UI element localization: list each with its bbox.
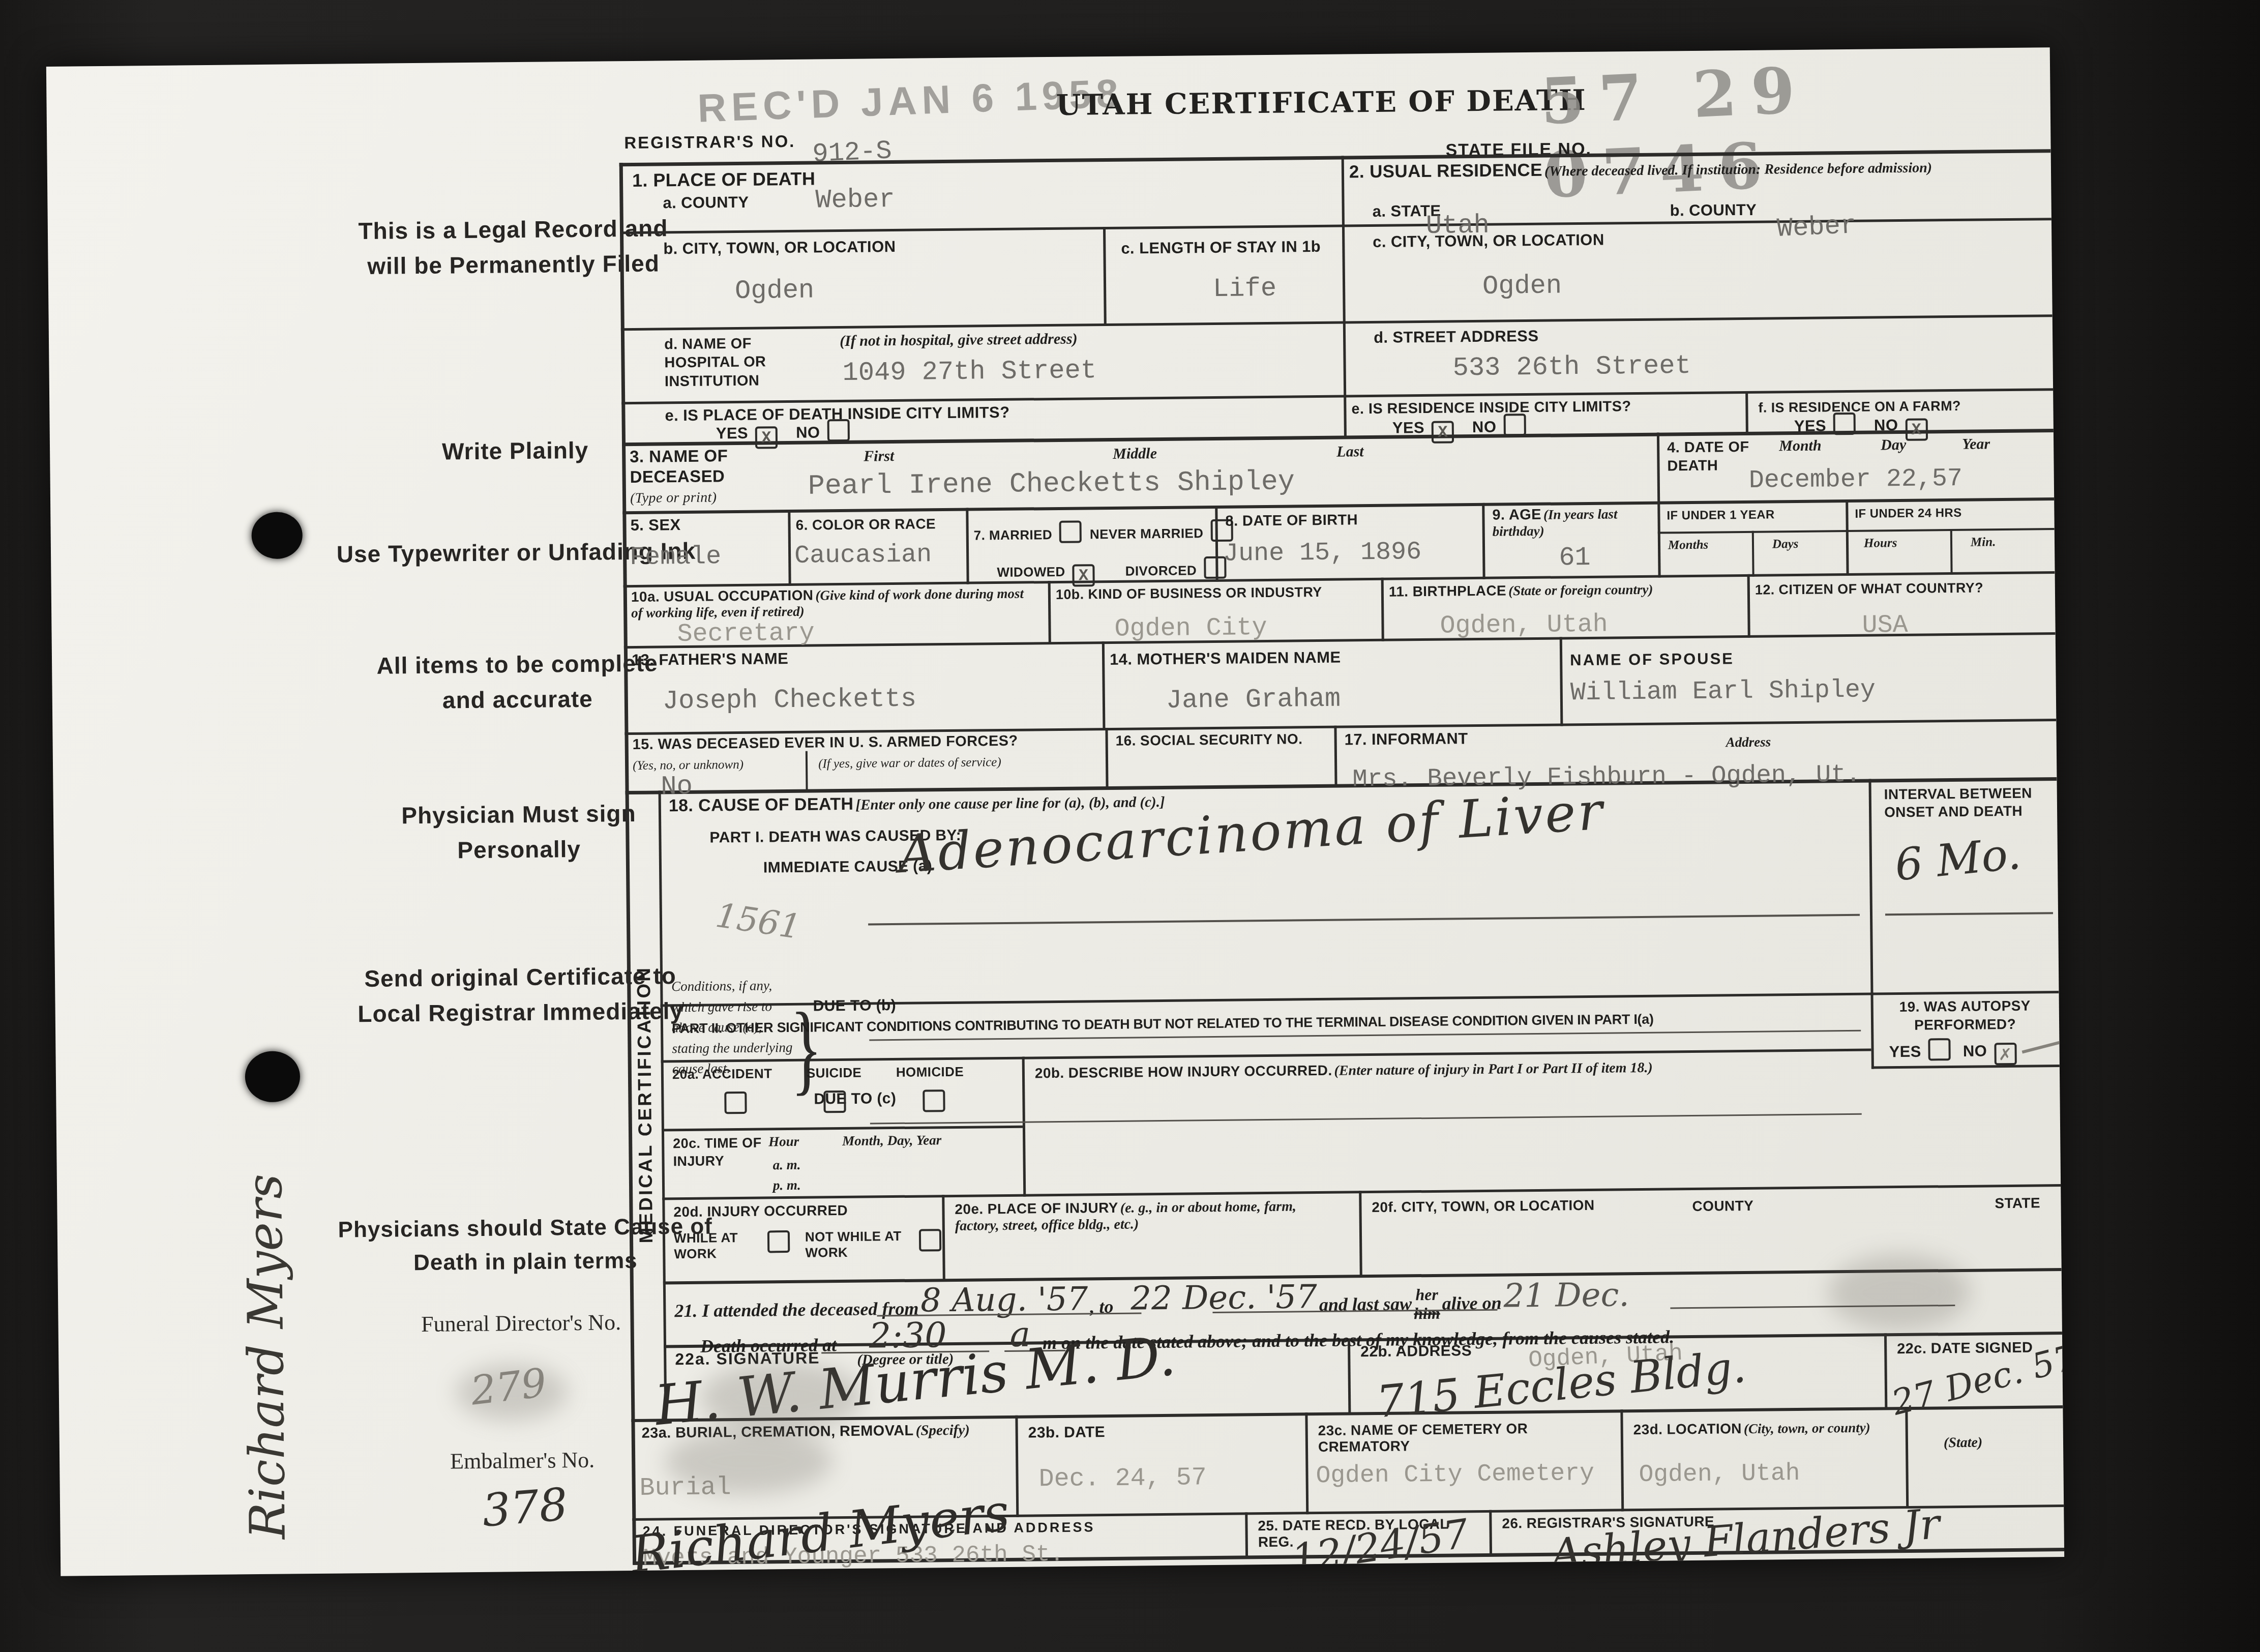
s19-yes-checkbox: [1928, 1038, 1951, 1060]
s7-row1: 7. MARRIEDNEVER MARRIED: [974, 519, 1233, 544]
s4-col-day: Day: [1881, 436, 1906, 454]
s2e-yes-checkbox: X: [1432, 421, 1454, 443]
s23d-label: 23d. LOCATION: [1633, 1421, 1742, 1437]
s10b-label: 10b. KIND OF BUSINESS OR INDUSTRY: [1056, 584, 1322, 603]
s1b-value: Ogden: [735, 276, 815, 306]
funeral-directors-no-label: Funeral Director's No.: [343, 1307, 699, 1340]
s20b-label: 20b. DESCRIBE HOW INJURY OCCURRED.: [1035, 1063, 1332, 1081]
embalmers-no-label: Embalmer's No.: [344, 1444, 701, 1478]
cause-a-line: [868, 914, 1860, 926]
s23d-value: Ogden, Utah: [1639, 1460, 1800, 1489]
s19-no-checkbox: ✗: [1994, 1043, 2016, 1065]
s11-value: Ogden, Utah: [1440, 610, 1608, 641]
state-file-number-stamp: 57 29 0746: [1539, 47, 2054, 213]
s18-bracket-note: [Enter only one cause per line for (a), …: [855, 794, 1165, 813]
punch-hole-bottom: [245, 1051, 300, 1102]
s18-label: 18. CAUSE OF DEATH: [669, 794, 854, 815]
s23a-note: (Specify): [915, 1422, 970, 1439]
s2e-answer: YESXNO: [1392, 414, 1544, 444]
s2-title-note: (Where deceased lived. If institution: R…: [1544, 160, 1932, 179]
s20a-homicide-label: HOMICIDE: [896, 1064, 964, 1080]
s6-value: Caucasian: [794, 540, 932, 571]
certificate-title: UTAH CERTIFICATE OF DEATH: [1056, 83, 1587, 122]
s2c-label: c. CITY, TOWN, OR LOCATION: [1373, 231, 1604, 251]
s7-row2: WIDOWEDXDIVORCED: [997, 556, 1226, 587]
s15-note1: (Yes, no, or unknown): [633, 758, 744, 773]
s20a-suicide-checkbox: [823, 1090, 846, 1113]
s5-label: 5. SEX: [630, 516, 680, 535]
s7-married-label: MARRIED: [989, 527, 1052, 543]
s3-col-last: Last: [1336, 443, 1364, 461]
s23c-value: Ogden City Cemetery: [1316, 1460, 1594, 1490]
s1c-value: Life: [1213, 274, 1276, 304]
s2d-label: d. STREET ADDRESS: [1374, 327, 1539, 347]
s16-label: 16. SOCIAL SECURITY NO.: [1116, 731, 1303, 749]
s18-due-b-label: DUE TO (b): [813, 997, 896, 1015]
s18-interval-label: INTERVAL BETWEEN ONSET AND DEATH: [1884, 784, 2047, 821]
s2e-yes-label: YES: [1392, 419, 1425, 437]
s9-months-label: Months: [1668, 538, 1708, 553]
s11-label-block: 11. BIRTHPLACE (State or foreign country…: [1389, 581, 1653, 600]
s1d-label: d. NAME OF HOSPITAL OR INSTITUTION: [664, 334, 822, 391]
s2f-no-label: NO: [1874, 416, 1898, 434]
s1a-value: Weber: [815, 185, 895, 215]
s20f-state-label: STATE: [1995, 1195, 2040, 1212]
s22b-label: 22b. ADDRESS: [1360, 1342, 1472, 1361]
s7-number: 7.: [974, 527, 986, 543]
s7-married-checkbox: [1059, 520, 1082, 543]
s9-hours-label: Hours: [1864, 536, 1897, 551]
spouse-label: NAME OF SPOUSE: [1570, 650, 1734, 669]
s7-widowed-checkbox: X: [1073, 564, 1095, 586]
s19-no-label: NO: [1963, 1042, 1987, 1059]
s6-label: 6. COLOR OR RACE: [795, 516, 936, 534]
s7-never-married-label: NEVER MARRIED: [1090, 525, 1204, 542]
s4-col-month: Month: [1779, 437, 1822, 455]
s20f-label: 20f. CITY, TOWN, OR LOCATION: [1372, 1197, 1594, 1216]
s23b-label: 23b. DATE: [1028, 1424, 1106, 1441]
registrars-no-value: 912-S: [812, 136, 893, 169]
s9-min-label: Min.: [1971, 535, 1996, 549]
s18-interval-value: 6 Mo.: [1893, 828, 2023, 891]
s20a-homicide-checkbox: [923, 1089, 945, 1112]
s2f-yes-label: YES: [1794, 417, 1827, 435]
s15-note2: (If yes, give war or dates of service): [818, 755, 1001, 771]
s13-label: 13. FATHER'S NAME: [632, 650, 788, 669]
smudge-alive-date: [1827, 1254, 1970, 1332]
s20d-while-checkbox: [767, 1230, 790, 1253]
s3-note: (Type or print): [630, 490, 717, 507]
s20a-accident-label: ACCIDENT: [702, 1066, 772, 1081]
s20c-am-label: a. m.: [772, 1157, 800, 1173]
s3-col-middle: Middle: [1113, 445, 1157, 463]
s1d-value: 1049 27th Street: [842, 356, 1096, 388]
s20d-notwhile-checkbox: [919, 1229, 941, 1251]
s2e-no-label: NO: [1472, 418, 1497, 436]
s20a-accident-checkbox: [724, 1091, 747, 1114]
s20a-labels: 20a. ACCIDENT SUICIDE HOMICIDE: [672, 1064, 964, 1083]
s2f-yes-checkbox: [1833, 412, 1856, 435]
s2f-no-checkbox: X: [1905, 418, 1927, 440]
s9-label-block: 9. AGE (In years last birthday): [1492, 506, 1650, 540]
s3-value: Pearl Irene Checketts Shipley: [808, 465, 1295, 502]
s23d-note: (City, town, or county): [1744, 1420, 1870, 1436]
s1a-label: a. COUNTY: [663, 193, 749, 213]
s1e-no-checkbox: [827, 419, 849, 441]
punch-hole-top: [251, 512, 303, 559]
s20c-label: 20c. TIME OF INJURY: [673, 1134, 765, 1171]
s19-answer: YESNO✗: [1889, 1038, 2016, 1066]
margin-note-physician-sign: Physician Must sign Personally: [353, 795, 685, 869]
s3-label-text: 3. NAME OF DECEASED: [630, 446, 728, 486]
s10b-value: Ogden City: [1114, 613, 1267, 644]
s1e-no-label: NO: [796, 423, 820, 441]
s10a-value: Secretary: [677, 619, 815, 650]
registrars-no-label: REGISTRAR'S NO.: [624, 132, 795, 153]
s20c-pm-label: p. m.: [773, 1177, 801, 1194]
s17-label: 17. INFORMANT: [1344, 729, 1468, 749]
s21-her-label: her: [1414, 1285, 1440, 1304]
s9-value: 61: [1559, 543, 1591, 573]
smudge-burial: [665, 1427, 833, 1495]
s3-label: 3. NAME OF DECEASED (Type or print): [630, 445, 798, 507]
s8-label: 8. DATE OF BIRTH: [1225, 512, 1358, 529]
s20e-label-block: 20e. PLACE OF INJURY (e. g., in or about…: [955, 1198, 1342, 1234]
s4-col-year: Year: [1962, 435, 1990, 453]
s20a-number: 20a.: [672, 1067, 699, 1082]
s20b-note: (Enter nature of injury in Part I or Par…: [1334, 1060, 1652, 1079]
s20d-notwhile-label: NOT WHILE AT WORK: [805, 1228, 912, 1261]
s18-margin-number: 1561: [713, 896, 803, 947]
s7-divorced-label: DIVORCED: [1125, 563, 1197, 578]
s17-address-label: Address: [1726, 734, 1771, 750]
s20d-while-label: WHILE AT WORK: [674, 1230, 761, 1262]
spouse-value: William Earl Shipley: [1570, 676, 1876, 708]
s9-label: 9. AGE: [1492, 507, 1541, 523]
smudge-fd-number: [455, 1364, 568, 1421]
s15-label: 15. WAS DECEASED EVER IN U. S. ARMED FOR…: [633, 733, 1018, 753]
s14-value: Jane Graham: [1166, 684, 1341, 716]
s17-value: Mrs. Beverly Fishburn - Ogden, Ut.: [1352, 760, 1861, 794]
s2b-label: b. COUNTY: [1670, 201, 1757, 220]
s4-value: December 22,57: [1749, 464, 1963, 495]
s23d-state-note: (State): [1944, 1435, 1983, 1452]
s12-label: 12. CITIZEN OF WHAT COUNTRY?: [1755, 579, 2040, 598]
s1e-yes-label: YES: [716, 424, 749, 442]
s20b-label-block: 20b. DESCRIBE HOW INJURY OCCURRED. (Ente…: [1035, 1057, 1899, 1082]
s20c-hour-label: Hour: [768, 1134, 799, 1150]
margin-note-legal-record: This is a Legal Record and will be Perma…: [348, 211, 679, 284]
s13-value: Joseph Checketts: [663, 684, 917, 717]
margin-vertical-signature: Richard Myers: [236, 1173, 296, 1539]
medical-certification-label: MEDICAL CERTIFICATION: [633, 966, 657, 1243]
s2e-no-checkbox: [1503, 414, 1526, 436]
s5-value: Female: [630, 542, 722, 572]
s23c-label: 23c. NAME OF CEMETERY OR CREMATORY: [1318, 1420, 1614, 1456]
s21-alive-value: 21 Dec.: [1503, 1276, 1629, 1315]
s23d-label-block: 23d. LOCATION (City, town, or county): [1633, 1420, 1870, 1438]
s14-label: 14. MOTHER'S MAIDEN NAME: [1110, 648, 1341, 669]
embalmers-no-value: 378: [480, 1478, 570, 1537]
s1d-note: (If not in hospital, give street address…: [840, 331, 1078, 350]
s20f-county-label: COUNTY: [1692, 1198, 1753, 1215]
s2c-value: Ogden: [1482, 271, 1562, 301]
s2d-value: 533 26th Street: [1452, 351, 1691, 383]
s20e-label: 20e. PLACE OF INJURY: [955, 1200, 1118, 1217]
s11-label: 11. BIRTHPLACE: [1389, 582, 1506, 599]
certificate-paper: Richard Myers This is a Legal Record and…: [46, 47, 2064, 1576]
s8-value: June 15, 1896: [1223, 538, 1422, 569]
s10a-label: 10a. USUAL OCCUPATION: [631, 587, 814, 605]
s1c-label: c. LENGTH OF STAY IN 1b: [1121, 238, 1321, 258]
s9-under24-label: IF UNDER 24 HRS: [1855, 506, 1961, 521]
interval-line: [1885, 912, 2053, 916]
s11-note: (State or foreign country): [1508, 582, 1653, 599]
s19-label: 19. WAS AUTOPSY PERFORMED?: [1889, 996, 2042, 1035]
s20d-label: 20d. INJURY OCCURRED: [673, 1202, 848, 1220]
s2b-value: Weber: [1776, 211, 1857, 244]
s7-widowed-label: WIDOWED: [997, 564, 1065, 580]
s12-value: USA: [1862, 611, 1908, 640]
s1b-label: b. CITY, TOWN, OR LOCATION: [663, 238, 896, 258]
s19-pencil-stroke: [2022, 1036, 2065, 1054]
scanned-death-certificate: Richard Myers This is a Legal Record and…: [0, 0, 2260, 1652]
s9-days-label: Days: [1772, 537, 1799, 551]
s23b-value: Dec. 24, 57: [1038, 1463, 1207, 1494]
s3-col-first: First: [864, 448, 894, 465]
s10a-label-block: 10a. USUAL OCCUPATION (Give kind of work…: [631, 585, 1038, 621]
due-c-line: [870, 1113, 1862, 1125]
s20a-suicide-label: SUICIDE: [807, 1065, 862, 1081]
s20d-while: WHILE AT WORKNOT WHILE AT WORK: [674, 1228, 942, 1262]
s9-under1-label: IF UNDER 1 YEAR: [1667, 508, 1775, 523]
s2-title: 2. USUAL RESIDENCE: [1349, 160, 1542, 182]
s20c-mdy-label: Month, Day, Year: [842, 1132, 941, 1149]
s1-title: 1. PLACE OF DEATH: [632, 168, 816, 191]
